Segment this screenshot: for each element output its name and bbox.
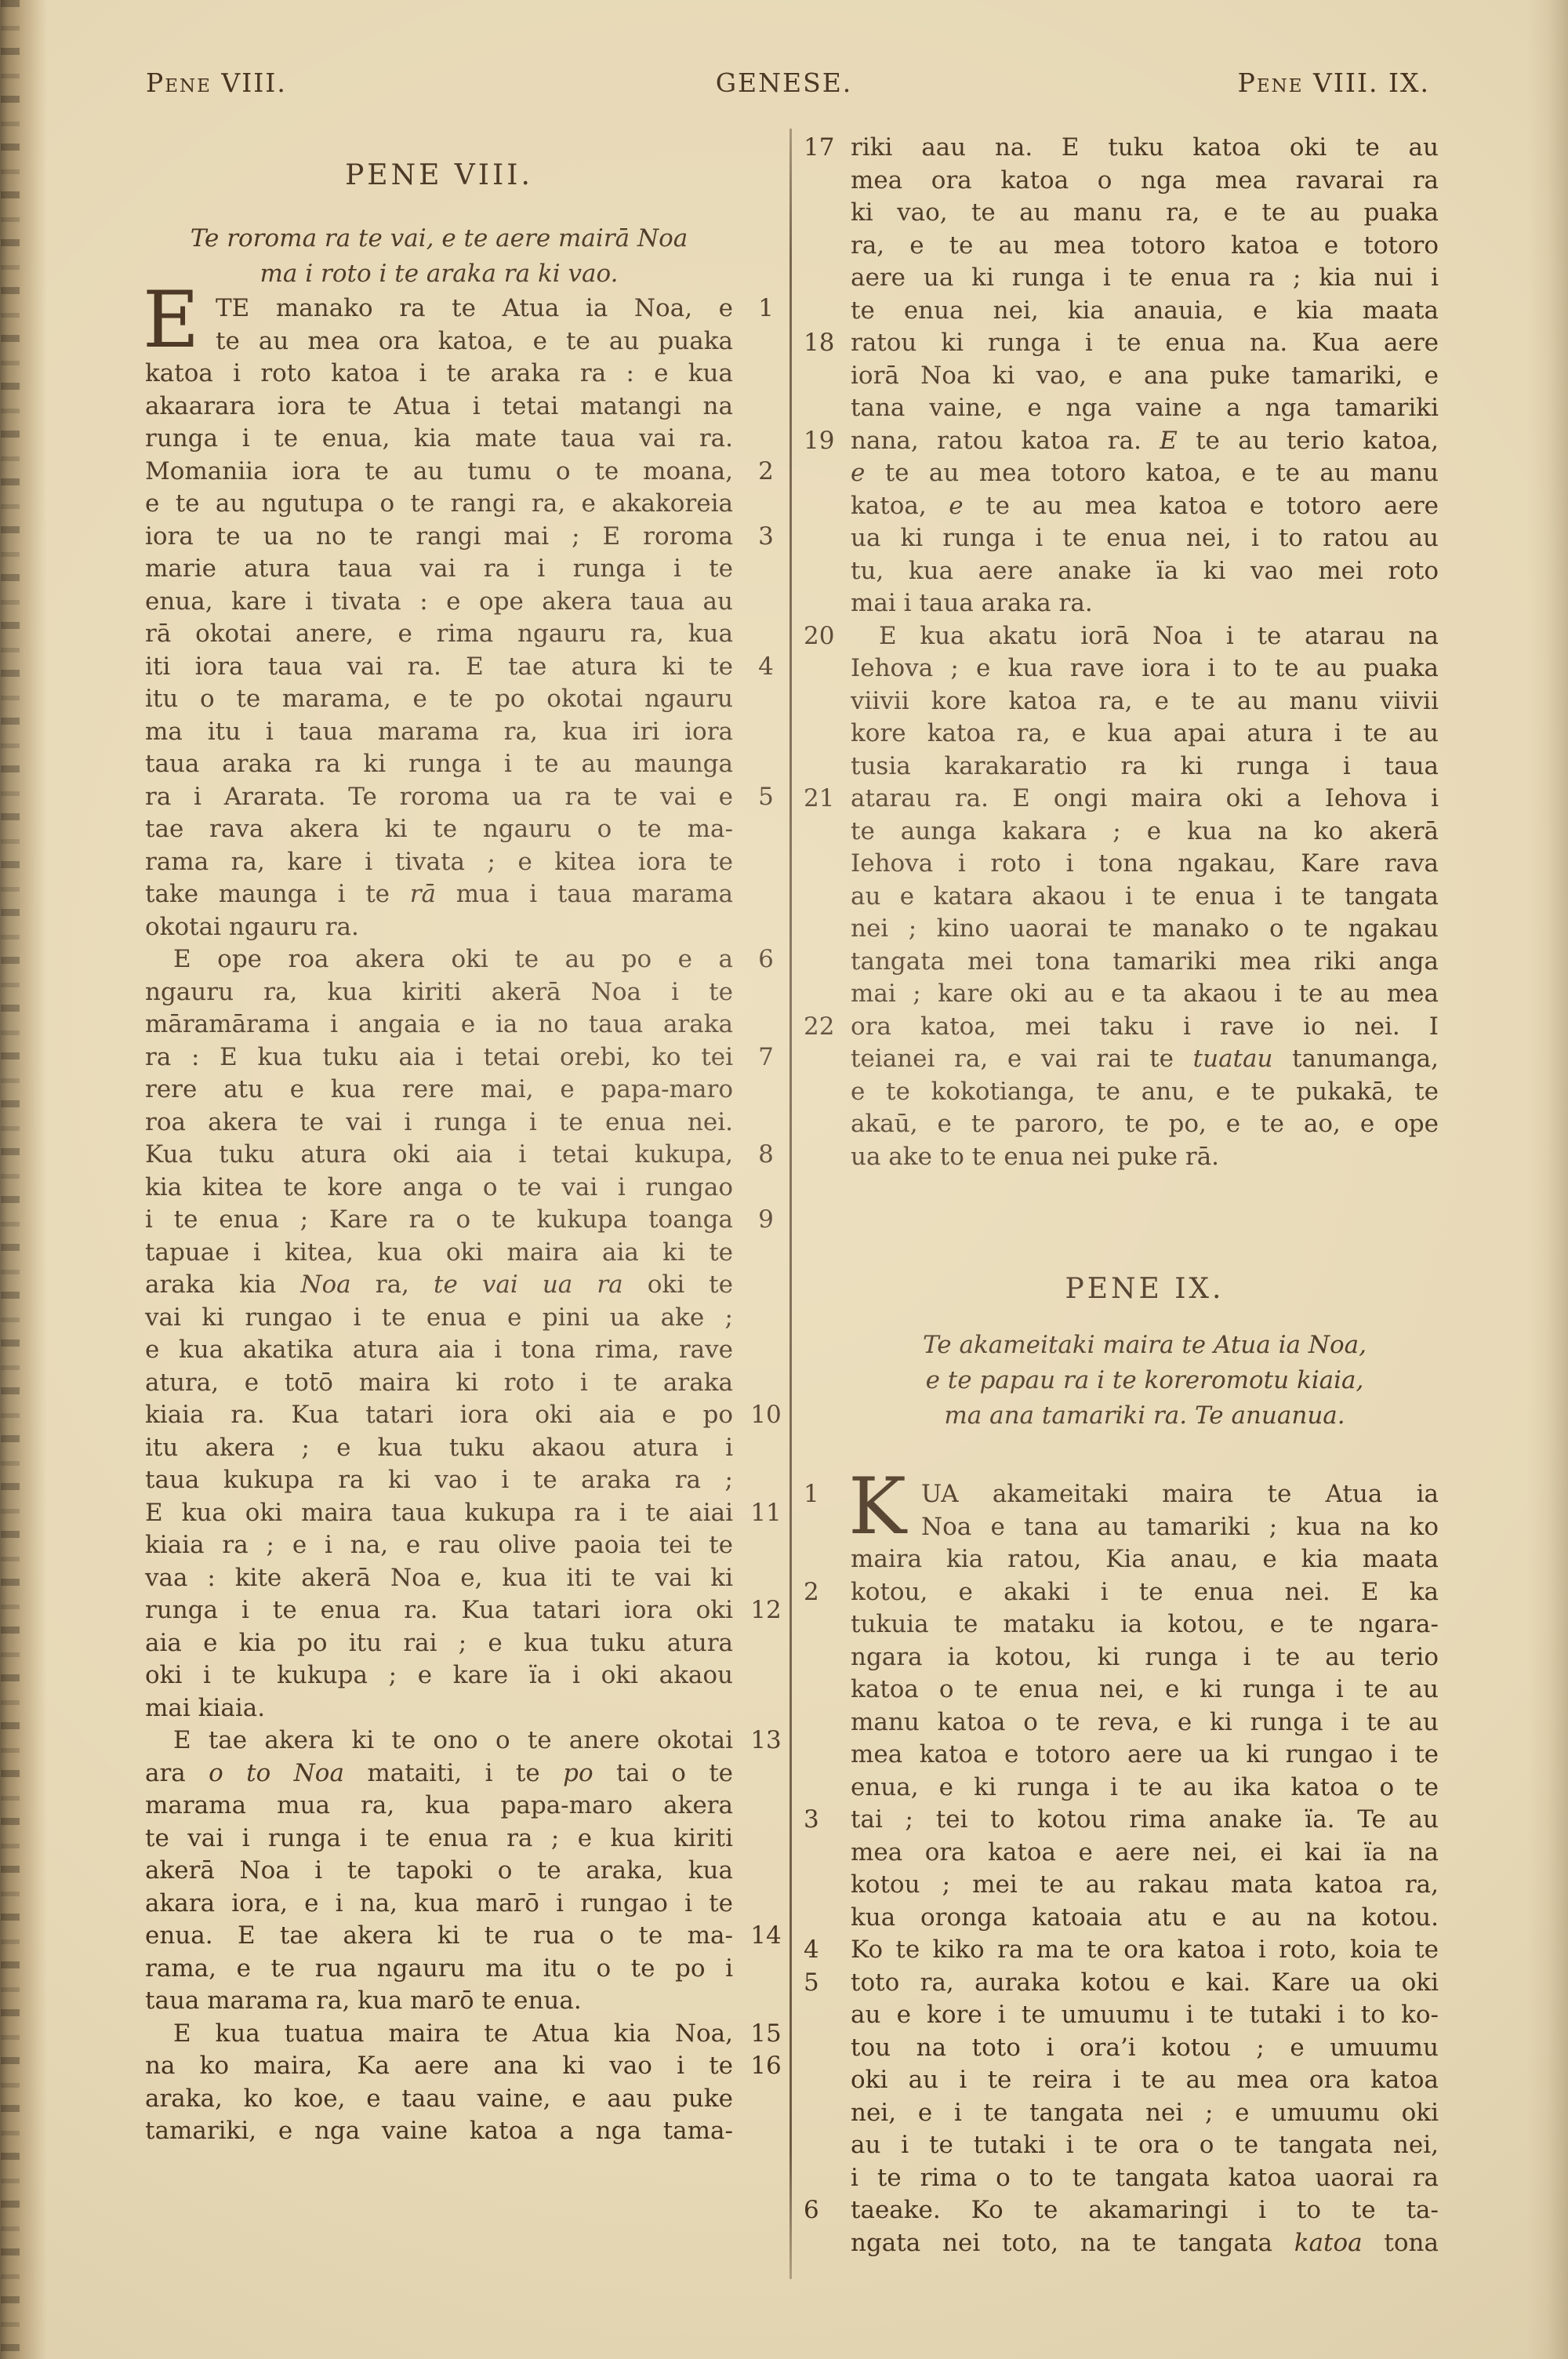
text-line: 10kiaia ra. Kua tatari iora oki aia e po [145, 1399, 733, 1432]
text-line: e te kokotianga, te anu, e te pukakā, te [851, 1076, 1439, 1109]
text-line: 12runga i te enua ra. Kua tatari iora ok… [145, 1594, 733, 1627]
adjacent-page-print-through [1, 0, 20, 2359]
verse-number: 1 [741, 293, 791, 325]
verse-number: 3 [804, 1804, 844, 1837]
text-line: 15E kua tuatua maira te Atua kia Noa, [145, 2018, 733, 2051]
text-line: marie atura taua vai ra i runga i te [145, 553, 733, 586]
text-line: oki au i te reira i te au mea ora katoa [851, 2064, 1439, 2097]
text-line: te au mea ora katoa, e te au puaka [145, 325, 733, 358]
text-line: te aunga kakara ; e kua na ko akerā [851, 816, 1439, 849]
text-line: mai ; kare oki au e ta akaou i te au mea [851, 978, 1439, 1011]
text-line: aere ua ki runga i te enua ra ; kia nui … [851, 262, 1439, 295]
text-line: rā okotai anere, e rima ngauru ra, kua [145, 618, 733, 651]
chapter-summary-pene-ix: Te akameitaki maira te Atua ia Noa, e te… [839, 1328, 1450, 1434]
text-line: ara o to Noa mataiti, i te po tai o te [145, 1757, 733, 1790]
verse-number: 7 [741, 1041, 791, 1074]
text-line: taua araka ra ki runga i te au maunga [145, 748, 733, 781]
text-line: e te au mea totoro katoa, e te au manu [851, 457, 1439, 490]
right-text-column-chapter9: 1UA akameitaki maira te Atua iaNoa e tan… [851, 1478, 1439, 2259]
text-line: 4iti iora taua vai ra. E tae atura ki te [145, 651, 733, 684]
text-line: i te rima o to te tangata katoa uaorai r… [851, 2162, 1439, 2195]
text-line: ngata nei toto, na te tangata katoa tona [851, 2227, 1439, 2260]
verse-number: 13 [741, 1725, 791, 1757]
text-line: mea ora katoa o nga mea ravarai ra [851, 165, 1439, 198]
text-line: itu o te marama, e te po okotai ngauru [145, 683, 733, 716]
text-line: taua kukupa ra ki vao i te araka ra ; [145, 1464, 733, 1497]
text-line: aia e kia po itu rai ; e kua tuku atura [145, 1627, 733, 1660]
verse-number: 11 [741, 1497, 791, 1530]
text-line: akerā Noa i te tapoki o te araka, kua [145, 1855, 733, 1888]
text-line: vaa : kite akerā Noa e, kua iti te vai k… [145, 1562, 733, 1595]
text-line: 1UA akameitaki maira te Atua ia [851, 1478, 1439, 1511]
text-line: te vai i runga i te enua ra ; e kua kiri… [145, 1823, 733, 1856]
summary-line: Te roroma ra te vai, e te aere mairā Noa [133, 221, 745, 256]
text-line: 4Ko te kiko ra ma te ora katoa i roto, k… [851, 1934, 1439, 1967]
text-line: iorā Noa ki vao, e ana puke tamariki, e [851, 360, 1439, 393]
text-line: akaarara iora te Atua i tetai matangi na [145, 391, 733, 423]
running-head-right: Pene VIII. IX. [1238, 67, 1430, 98]
text-line: rama, e te rua ngauru ma itu o te po i [145, 1953, 733, 1986]
column-divider-rule [789, 129, 792, 2279]
text-line: viivii kore katoa ra, e te au manu viivi… [851, 685, 1439, 718]
text-line: 5ra i Ararata. Te roroma ua ra te vai e [145, 781, 733, 814]
text-line: tamariki, e nga vaine katoa a nga tama- [145, 2115, 733, 2148]
text-line: itu akera ; e kua tuku akaou atura i [145, 1432, 733, 1465]
text-line: 3tai ; tei to kotou rima anake ïa. Te au [851, 1804, 1439, 1837]
text-line: vai ki rungao i te enua e pini ua ake ; [145, 1302, 733, 1335]
text-line: 14enua. E tae akera ki te rua o te ma- [145, 1920, 733, 1953]
text-line: Iehova ; e kua rave iora i to te au puak… [851, 652, 1439, 685]
verse-number: 12 [741, 1594, 791, 1627]
text-line: manu katoa o te reva, e ki runga i te au [851, 1707, 1439, 1739]
text-line: Iehova i roto i tona ngakau, Kare rava [851, 848, 1439, 881]
chapter-heading-pene-ix: PENE IX. [851, 1273, 1439, 1305]
verse-number: 9 [741, 1204, 791, 1237]
running-head: Pene VIII. GENESE. Pene VIII. IX. [0, 67, 1568, 102]
verse-number: 16 [741, 2050, 791, 2083]
text-line: 8Kua tuku atura oki aia i tetai kukupa, [145, 1139, 733, 1172]
summary-line: ma ana tamariki ra. Te anuanua. [839, 1398, 1450, 1434]
text-line: ma itu i taua marama ra, kua iri iora [145, 716, 733, 749]
verse-number: 22 [804, 1011, 844, 1044]
text-line: tou na toto i ora’i kotou ; e umuumu [851, 2032, 1439, 2065]
text-line: 11E kua oki maira taua kukupa ra i te ai… [145, 1497, 733, 1530]
text-line: maira kia ratou, Kia anau, e kia maata [851, 1543, 1439, 1576]
verse-number: 4 [804, 1934, 844, 1967]
verse-number: 6 [741, 943, 791, 976]
left-text-column: 1TE manako ra te Atua ia Noa, ete au mea… [145, 293, 733, 2148]
text-line: kiaia ra ; e i na, e rau olive paoia tei… [145, 1529, 733, 1562]
text-line: 2Momaniia iora te au tumu o te moana, [145, 456, 733, 489]
verse-number: 20 [804, 620, 844, 653]
summary-line: Te akameitaki maira te Atua ia Noa, [839, 1328, 1450, 1363]
text-line: Noa e tana au tamariki ; kua na ko [851, 1511, 1439, 1544]
text-line: au i te tutaki i te ora o te tangata nei… [851, 2129, 1439, 2162]
text-line: kore katoa ra, e kua apai atura i te au [851, 718, 1439, 751]
verse-number: 15 [741, 2018, 791, 2051]
verse-number: 19 [804, 425, 844, 458]
text-line: e kua akatika atura aia i tona rima, rav… [145, 1334, 733, 1367]
text-line: 6taeake. Ko te akamaringi i to te ta- [851, 2194, 1439, 2227]
text-line: 2kotou, e akaki i te enua nei. E ka [851, 1576, 1439, 1609]
text-line: okotai ngauru ra. [145, 911, 733, 944]
text-line: katoa o te enua nei, e ki runga i te au [851, 1674, 1439, 1707]
text-line: 3iora te ua no te rangi mai ; E roroma [145, 521, 733, 554]
text-line: 13E tae akera ki te ono o te anere okota… [145, 1725, 733, 1757]
verse-number: 5 [741, 781, 791, 814]
text-line: tu, kua aere anake ïa ki vao mei roto [851, 555, 1439, 588]
text-line: ra, e te au mea totoro katoa e totoro [851, 230, 1439, 263]
text-line: nei, e i te tangata nei ; e umuumu oki [851, 2097, 1439, 2130]
book-page-scan: Pene VIII. GENESE. Pene VIII. IX. PENE V… [0, 0, 1568, 2359]
text-line: mai kiaia. [145, 1692, 733, 1725]
text-line: roa akera te vai i runga i te enua nei. [145, 1107, 733, 1140]
text-line: atura, e totō maira ki roto i te araka [145, 1367, 733, 1400]
text-line: ngara ia kotou, ki runga i te au terio [851, 1641, 1439, 1674]
chapter-heading-pene-viii: PENE VIII. [145, 159, 733, 191]
verse-number: 3 [741, 521, 791, 554]
verse-number: 2 [741, 456, 791, 489]
right-text-column-chapter8: 17riki aau na. E tuku katoa oki te aumea… [851, 132, 1439, 1173]
text-line: kia kitea te kore anga o te vai i rungao [145, 1172, 733, 1205]
text-line: 5toto ra, auraka kotou e kai. Kare ua ok… [851, 1967, 1439, 2000]
text-line: 19nana, ratou katoa ra. E te au terio ka… [851, 425, 1439, 458]
text-line: tae rava akera ki te ngauru o te ma- [145, 813, 733, 846]
text-line: 20E kua akatu iorā Noa i te atarau na [851, 620, 1439, 653]
text-line: enua, e ki runga i te au ika katoa o te [851, 1772, 1439, 1805]
verse-number: 6 [804, 2194, 844, 2227]
text-line: ki vao, te au manu ra, e te au puaka [851, 197, 1439, 230]
text-line: enua, kare i tivata : e ope akera taua a… [145, 586, 733, 619]
summary-line: ma i roto i te araka ra ki vao. [133, 256, 745, 292]
text-line: 17riki aau na. E tuku katoa oki te au [851, 132, 1439, 165]
text-line: kotou ; mei te au rakau mata katoa ra, [851, 1869, 1439, 1902]
text-line: rama ra, kare i tivata ; e kitea iora te [145, 846, 733, 879]
text-line: e te au ngutupa o te rangi ra, e akakore… [145, 488, 733, 521]
text-line: 21atarau ra. E ongi maira oki a Iehova i [851, 783, 1439, 816]
summary-line: e te papau ra i te koreromotu kiaia, [839, 1363, 1450, 1398]
text-line: taua marama ra, kua marō te enua. [145, 1985, 733, 2018]
text-line: katoa i roto katoa i te araka ra : e kua [145, 358, 733, 391]
text-line: mai i taua araka ra. [851, 587, 1439, 620]
text-line: mea ora katoa e aere nei, ei kai ïa na [851, 1837, 1439, 1870]
text-line: tangata mei tona tamariki mea riki anga [851, 946, 1439, 979]
text-line: au e kore i te umuumu i te tutaki i to k… [851, 1999, 1439, 2032]
verse-number: 1 [804, 1478, 844, 1511]
verse-number: 5 [804, 1967, 844, 2000]
text-line: 6E ope roa akera oki te au po e a [145, 943, 733, 976]
text-line: teianei ra, e vai rai te tuatau tanumang… [851, 1043, 1439, 1076]
text-line: mea katoa e totoro aere ua ki rungao i t… [851, 1739, 1439, 1772]
text-line: māramārama i angaia e ia no taua araka [145, 1009, 733, 1041]
verse-number: 4 [741, 651, 791, 684]
text-line: araka kia Noa ra, te vai ua ra oki te [145, 1269, 733, 1302]
text-line: marama mua ra, kua papa-maro akera [145, 1790, 733, 1823]
text-line: 7ra : E kua tuku aia i tetai orebi, ko t… [145, 1041, 733, 1074]
text-line: katoa, e te au mea katoa e totoro aere [851, 490, 1439, 523]
text-line: kua oronga katoaia atu e au na kotou. [851, 1902, 1439, 1935]
text-line: 22ora katoa, mei taku i rave io nei. I [851, 1011, 1439, 1044]
text-line: tapuae i kitea, kua oki maira aia ki te [145, 1237, 733, 1270]
text-line: akaū, e te paroro, te po, e te ao, e ope [851, 1108, 1439, 1141]
verse-number: 17 [804, 132, 844, 165]
text-line: oki i te kukupa ; e kare ïa i oki akaou [145, 1659, 733, 1692]
verse-number: 2 [804, 1576, 844, 1609]
text-line: 1TE manako ra te Atua ia Noa, e [145, 293, 733, 325]
text-line: tukuia te mataku ia kotou, e te ngara- [851, 1608, 1439, 1641]
text-line: akara iora, e i na, kua marō i rungao i … [145, 1888, 733, 1921]
text-line: 9i te enua ; Kare ra o te kukupa toanga [145, 1204, 733, 1237]
text-line: au e katara akaou i te enua i te tangata [851, 881, 1439, 914]
text-line: tusia karakaratio ra ki runga i taua [851, 751, 1439, 783]
text-line: 16na ko maira, Ka aere ana ki vao i te [145, 2050, 733, 2083]
verse-number: 21 [804, 783, 844, 816]
text-line: nei ; kino uaorai te manako o te ngakau [851, 913, 1439, 946]
text-line: te enua nei, kia anauia, e kia maata [851, 295, 1439, 328]
text-line: ngauru ra, kua kiriti akerā Noa i te [145, 976, 733, 1009]
verse-number: 10 [741, 1399, 791, 1432]
text-line: ua ake to te enua nei puke rā. [851, 1141, 1439, 1174]
text-line: tana vaine, e nga vaine a nga tamariki [851, 392, 1439, 425]
verse-number: 8 [741, 1139, 791, 1172]
chapter-summary-pene-viii: Te roroma ra te vai, e te aere mairā Noa… [133, 221, 745, 292]
text-line: take maunga i te rā mua i taua marama [145, 878, 733, 911]
text-line: araka, ko koe, e taau vaine, e aau puke [145, 2083, 733, 2116]
text-line: ua ki runga i te enua nei, i to ratou au [851, 522, 1439, 555]
verse-number: 14 [741, 1920, 791, 1953]
text-line: 18ratou ki runga i te enua na. Kua aere [851, 327, 1439, 360]
text-line: runga i te enua, kia mate taua vai ra. [145, 423, 733, 456]
verse-number: 18 [804, 327, 844, 360]
text-line: rere atu e kua rere mai, e papa-maro [145, 1074, 733, 1107]
page-edge-shadow [1527, 0, 1568, 2359]
